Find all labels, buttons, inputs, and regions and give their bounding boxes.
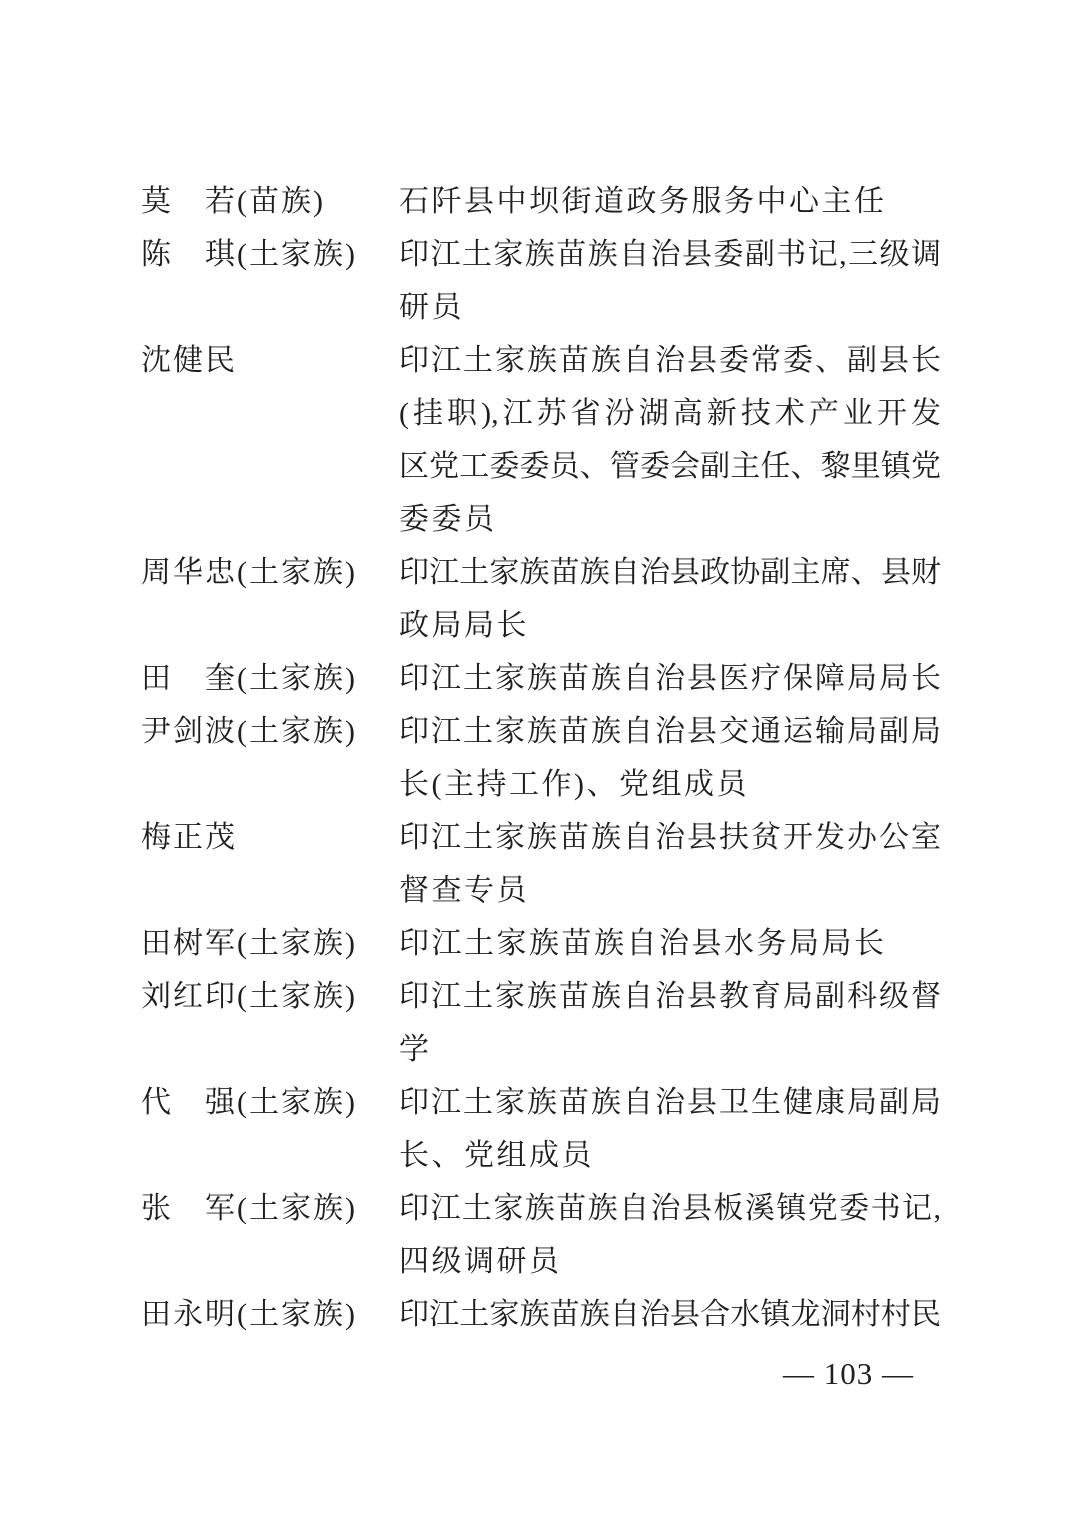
person-name: 莫 若(苗族)	[141, 175, 399, 228]
position-line: 委委员	[399, 493, 941, 546]
list-entry: 陈 琪(土家族) 印江土家族苗族自治县委副书记,三级调 研员	[141, 228, 941, 334]
person-name: 周华忠(土家族)	[141, 546, 399, 599]
person-position: 印江土家族苗族自治县委常委、副县长 (挂职),江苏省汾湖高新技术产业开发 区党工…	[399, 334, 941, 546]
position-line: 印江土家族苗族自治县卫生健康局副局	[399, 1076, 941, 1129]
person-name: 尹剑波(土家族)	[141, 705, 399, 758]
position-line: 印江土家族苗族自治县委副书记,三级调	[399, 228, 941, 281]
list-entry: 莫 若(苗族) 石阡县中坝街道政务服务中心主任	[141, 175, 941, 228]
list-entry: 刘红印(土家族) 印江土家族苗族自治县教育局副科级督 学	[141, 970, 941, 1076]
person-position: 印江土家族苗族自治县委副书记,三级调 研员	[399, 228, 941, 334]
person-position: 印江土家族苗族自治县卫生健康局副局 长、党组成员	[399, 1076, 941, 1182]
person-position: 印江土家族苗族自治县板溪镇党委书记, 四级调研员	[399, 1182, 941, 1288]
position-line: (挂职),江苏省汾湖高新技术产业开发	[399, 387, 941, 440]
list-entry: 沈健民 印江土家族苗族自治县委常委、副县长 (挂职),江苏省汾湖高新技术产业开发…	[141, 334, 941, 546]
position-line: 四级调研员	[399, 1235, 941, 1288]
person-name: 沈健民	[141, 334, 399, 387]
person-position: 印江土家族苗族自治县医疗保障局局长	[399, 652, 941, 705]
person-name: 梅正茂	[141, 811, 399, 864]
person-position: 印江土家族苗族自治县教育局副科级督 学	[399, 970, 941, 1076]
document-page: 莫 若(苗族) 石阡县中坝街道政务服务中心主任 陈 琪(土家族) 印江土家族苗族…	[0, 0, 1080, 1527]
position-line: 政局局长	[399, 599, 941, 652]
page-number: — 103 —	[783, 1347, 914, 1400]
list-entry: 代 强(土家族) 印江土家族苗族自治县卫生健康局副局 长、党组成员	[141, 1076, 941, 1182]
position-line: 区党工委委员、管委会副主任、黎里镇党	[399, 440, 941, 493]
position-line: 印江土家族苗族自治县板溪镇党委书记,	[399, 1182, 941, 1235]
position-line: 印江土家族苗族自治县政协副主席、县财	[399, 546, 941, 599]
position-line: 印江土家族苗族自治县水务局局长	[399, 917, 941, 970]
list-entry: 尹剑波(土家族) 印江土家族苗族自治县交通运输局副局 长(主持工作)、党组成员	[141, 705, 941, 811]
person-name: 张 军(土家族)	[141, 1182, 399, 1235]
position-line: 印江土家族苗族自治县医疗保障局局长	[399, 652, 941, 705]
list-entry: 田永明(土家族) 印江土家族苗族自治县合水镇龙洞村村民	[141, 1288, 941, 1341]
person-name: 刘红印(土家族)	[141, 970, 399, 1023]
person-name: 陈 琪(土家族)	[141, 228, 399, 281]
person-name: 田 奎(土家族)	[141, 652, 399, 705]
person-position: 印江土家族苗族自治县合水镇龙洞村村民	[399, 1288, 941, 1341]
person-position: 石阡县中坝街道政务服务中心主任	[399, 175, 941, 228]
person-position: 印江土家族苗族自治县水务局局长	[399, 917, 941, 970]
list-entry: 梅正茂 印江土家族苗族自治县扶贫开发办公室 督查专员	[141, 811, 941, 917]
position-line: 研员	[399, 281, 941, 334]
position-line: 督查专员	[399, 864, 941, 917]
person-position: 印江土家族苗族自治县政协副主席、县财 政局局长	[399, 546, 941, 652]
position-line: 印江土家族苗族自治县合水镇龙洞村村民	[399, 1288, 941, 1341]
position-line: 长(主持工作)、党组成员	[399, 758, 941, 811]
list-entry: 田 奎(土家族) 印江土家族苗族自治县医疗保障局局长	[141, 652, 941, 705]
list-entry: 张 军(土家族) 印江土家族苗族自治县板溪镇党委书记, 四级调研员	[141, 1182, 941, 1288]
position-line: 长、党组成员	[399, 1129, 941, 1182]
list-entry: 周华忠(土家族) 印江土家族苗族自治县政协副主席、县财 政局局长	[141, 546, 941, 652]
person-position: 印江土家族苗族自治县交通运输局副局 长(主持工作)、党组成员	[399, 705, 941, 811]
person-name: 代 强(土家族)	[141, 1076, 399, 1129]
position-line: 石阡县中坝街道政务服务中心主任	[399, 175, 941, 228]
appointee-list: 莫 若(苗族) 石阡县中坝街道政务服务中心主任 陈 琪(土家族) 印江土家族苗族…	[141, 175, 941, 1341]
list-entry: 田树军(土家族) 印江土家族苗族自治县水务局局长	[141, 917, 941, 970]
person-name: 田树军(土家族)	[141, 917, 399, 970]
position-line: 印江土家族苗族自治县扶贫开发办公室	[399, 811, 941, 864]
position-line: 印江土家族苗族自治县委常委、副县长	[399, 334, 941, 387]
position-line: 学	[399, 1023, 941, 1076]
person-name: 田永明(土家族)	[141, 1288, 399, 1341]
person-position: 印江土家族苗族自治县扶贫开发办公室 督查专员	[399, 811, 941, 917]
position-line: 印江土家族苗族自治县交通运输局副局	[399, 705, 941, 758]
position-line: 印江土家族苗族自治县教育局副科级督	[399, 970, 941, 1023]
